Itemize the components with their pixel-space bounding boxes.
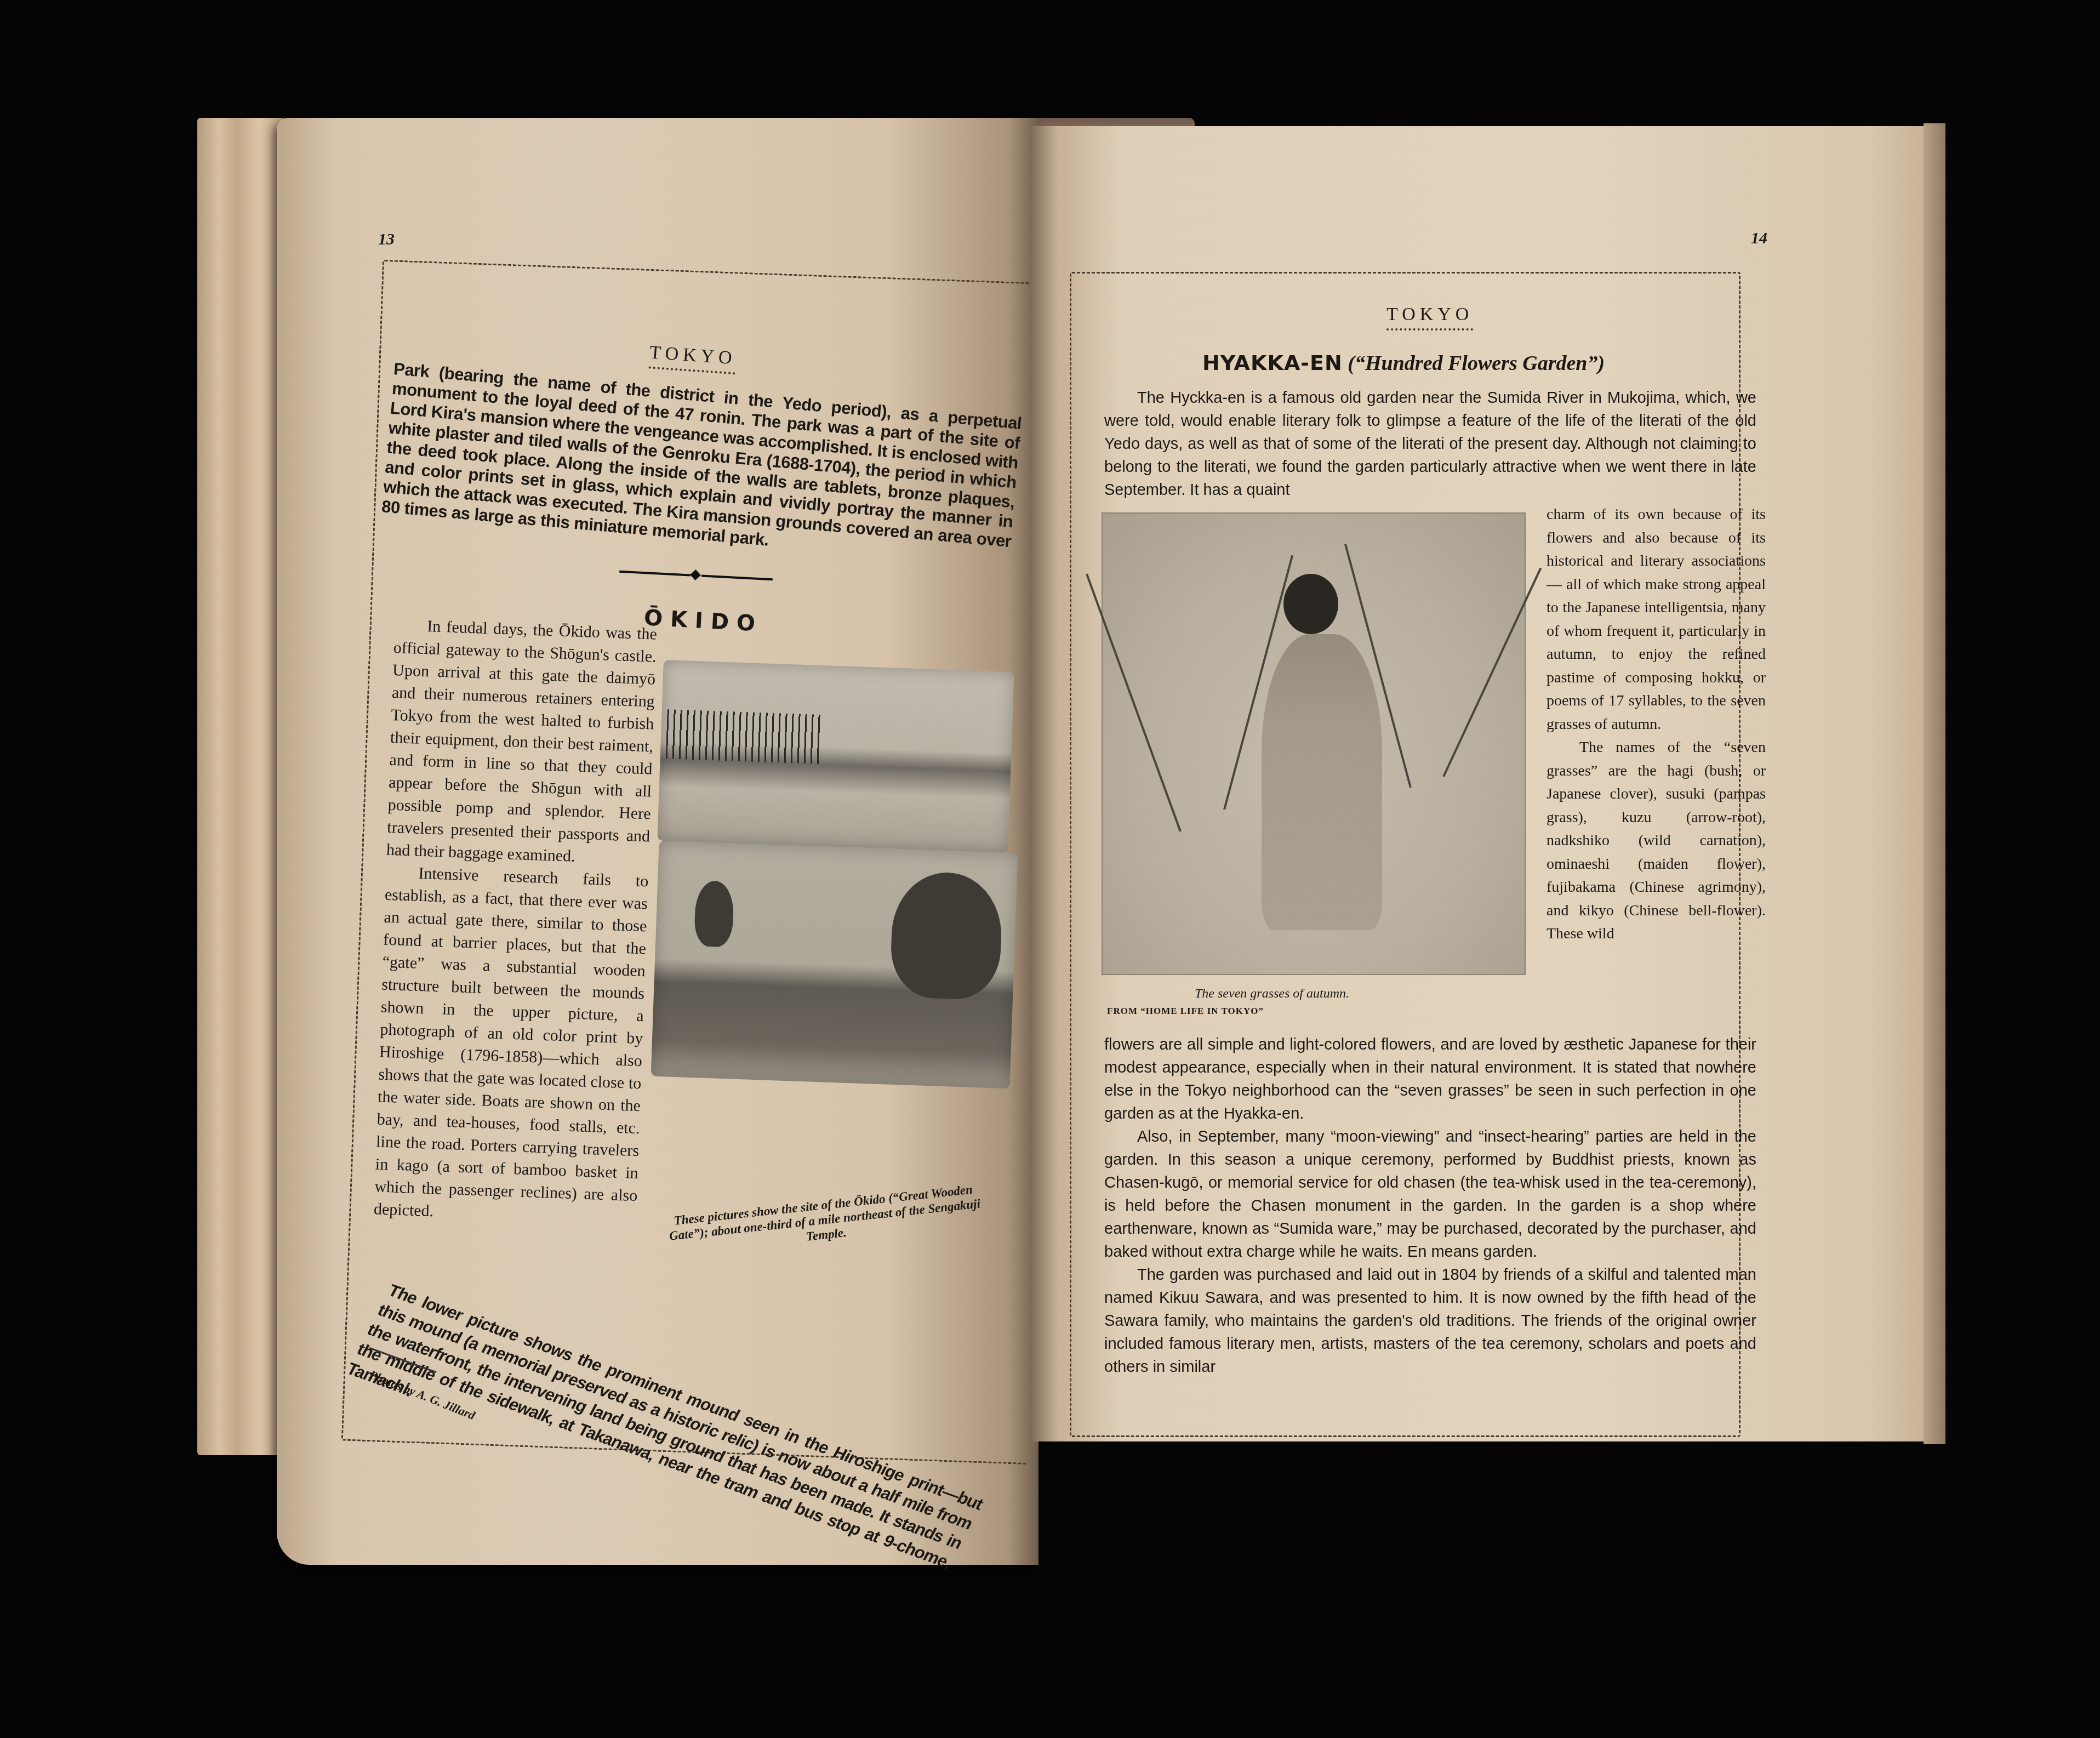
- lower-paragraph: flowers are all simple and light-colored…: [1104, 1033, 1756, 1125]
- article-title-sub: (“Hundred Flowers Garden”): [1348, 352, 1605, 375]
- article-title-main: HYAKKA-EN: [1202, 351, 1343, 375]
- woman-head-illustration: [1283, 574, 1338, 634]
- okido-column-text: In feudal days, the Ōkido was the offici…: [373, 614, 657, 1229]
- okido-paragraph: In feudal days, the Ōkido was the offici…: [386, 614, 657, 870]
- seven-grasses-column: charm of its own because of its flowers …: [1547, 503, 1766, 946]
- column-paragraph: The names of the “seven grasses” are the…: [1547, 736, 1766, 946]
- hiroshige-print-photo: [657, 660, 1014, 853]
- hyakka-en-intro-paragraph: The Hyckka-en is a famous old garden nea…: [1104, 386, 1756, 502]
- column-paragraph: charm of its own because of its flowers …: [1547, 503, 1766, 736]
- article-title: HYAKKA-EN (“Hundred Flowers Garden”): [1070, 351, 1737, 375]
- hyakka-en-lower-text: flowers are all simple and light-colored…: [1104, 1033, 1756, 1378]
- right-page-number: 14: [1751, 229, 1767, 248]
- divider-diamond-icon: [690, 569, 701, 580]
- divider-rule-left: [619, 571, 691, 577]
- pine-tree-illustration: [694, 880, 734, 947]
- lower-paragraph: Also, in September, many “moon-viewing” …: [1104, 1125, 1756, 1263]
- open-book: 13 TOKYO Park (bearing the name of the d…: [0, 0, 2100, 1738]
- seven-grasses-illustration: [1102, 512, 1526, 975]
- ship-masts-illustration: [666, 709, 821, 764]
- right-running-head: TOKYO: [1386, 304, 1473, 330]
- figure-caption: The seven grasses of autumn.: [1195, 987, 1349, 1001]
- right-page-edge: [1924, 123, 1945, 1444]
- okido-mound-photo: [651, 841, 1018, 1089]
- okido-paragraph: Intensive research fails to establish, a…: [373, 861, 649, 1229]
- intro-text: The Hyckka-en is a famous old garden nea…: [1104, 386, 1756, 502]
- woman-kimono-illustration: [1262, 634, 1382, 930]
- figure-source: FROM “HOME LIFE IN TOKYO”: [1107, 1006, 1264, 1017]
- left-page-number: 13: [378, 230, 395, 249]
- divider-rule-right: [701, 575, 773, 581]
- page-stack-edge: [197, 118, 285, 1455]
- lower-paragraph: The garden was purchased and laid out in…: [1104, 1263, 1756, 1378]
- trees-illustration: [889, 871, 1003, 1001]
